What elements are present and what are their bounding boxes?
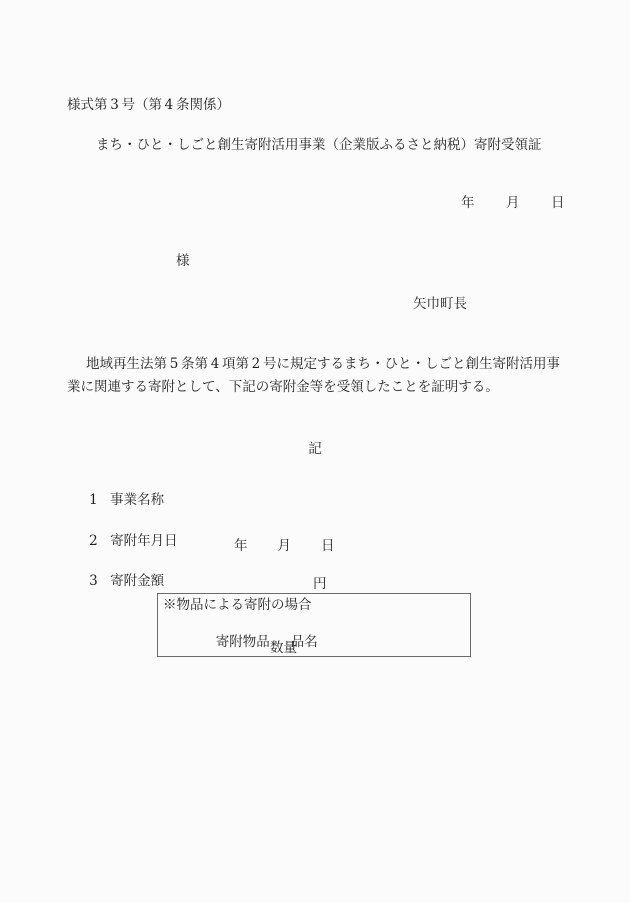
document-title: まち・ひと・しごと創生寄附活用事業（企業版ふるさと納税）寄附受領証 [96,138,542,153]
item-number: 1 [89,493,110,508]
item-label: 寄附年月日 [110,533,178,549]
goods-box-note: ※物品による寄附の場合 [163,598,312,613]
issue-date-line: 年 月 日 [461,196,566,211]
item-donation-amount: 3寄附金額 [72,559,164,604]
item-number: 2 [89,534,110,549]
item-label: 事業名称 [110,492,164,508]
item-business-name: 1事業名称 [72,478,164,523]
amount-unit: 円 [313,577,327,592]
donation-date-line: 年 月 日 [234,539,336,554]
item-donation-date: 2寄附年月日 [72,519,178,564]
donation-receipt-document: 様式第 3 号（第 4 条関係） まち・ひと・しごと創生寄附活用事業（企業版ふる… [0,0,630,903]
goods-box-item-row: 寄附物品品名 [190,620,318,665]
goods-quantity-label: 数量 [270,641,297,656]
item-label: 寄附金額 [110,573,164,589]
issuer-name: 矢巾町長 [413,297,467,312]
notice-heading: 記 [0,437,630,457]
addressee-honorific: 様 [176,254,190,269]
goods-donation-box: ※物品による寄附の場合 寄附物品品名 数量 [157,593,471,657]
certification-statement: 地域再生法第 5 条第 4 項第 2 号に規定するまち・ひと・しごと創生寄附活用… [67,353,560,398]
item-number: 3 [89,574,110,589]
form-number: 様式第 3 号（第 4 条関係） [67,98,230,113]
